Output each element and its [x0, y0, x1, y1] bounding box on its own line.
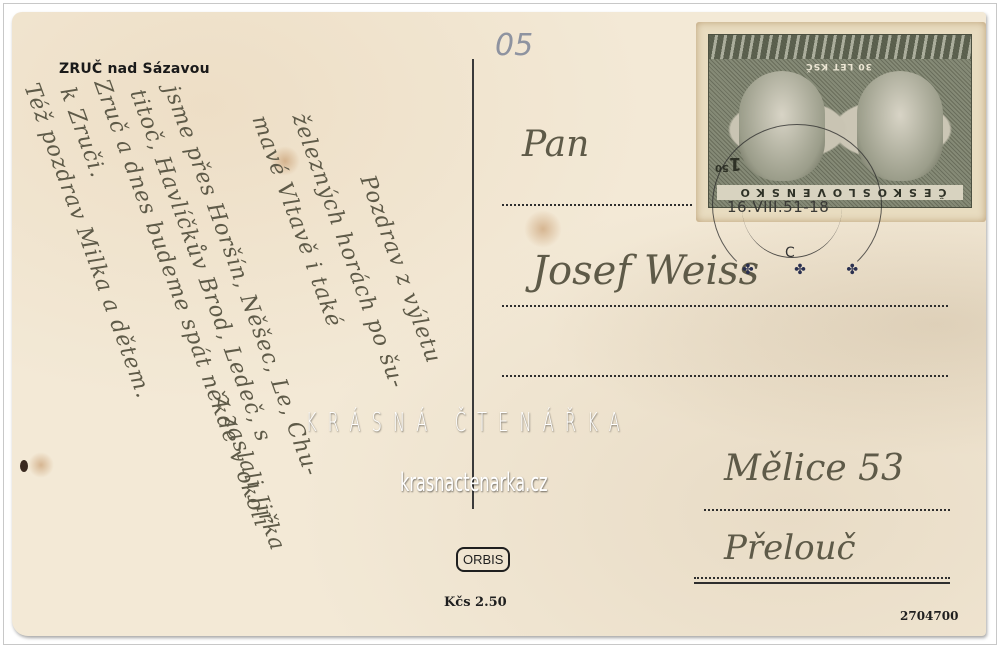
address-line-5 [694, 577, 950, 579]
postmark-date: 16.VIII.51-18 [727, 198, 829, 216]
card-divider [472, 59, 474, 509]
address-line-4 [704, 509, 950, 511]
address-underline [694, 582, 950, 584]
wreath-icon [709, 35, 971, 59]
price-label: Kčs 2.50 [444, 595, 507, 610]
postcard-back: ZRUČ nad Sázavou Též pozdrav Milka a dět… [12, 12, 986, 636]
serial-number: 2704700 [900, 609, 958, 623]
stain [524, 210, 562, 248]
address-salutation: Pan [522, 124, 589, 165]
address-line-1 [502, 204, 692, 206]
address-line-2 [502, 305, 948, 307]
place-title: ZRUČ nad Sázavou [59, 61, 210, 77]
postmark-letter: C [785, 245, 795, 261]
card-damage-spot [20, 460, 28, 472]
address-name: Josef Weiss [532, 248, 759, 294]
postmark-stars-icon: ✤ ✤ ✤ [742, 262, 876, 278]
watermark-url: krasnactenarka.cz [400, 468, 548, 498]
address-city: Přelouč [724, 528, 856, 568]
watermark-title: KRÁSNÁ ČTENÁŘKA [306, 408, 631, 438]
address-line-3 [502, 375, 948, 377]
stamp-caption: 30 LET KSČ [805, 61, 872, 71]
address-street: Mělice 53 [724, 448, 904, 489]
publisher-logo: ORBIS [456, 547, 510, 572]
pencil-note: 05 [495, 28, 533, 63]
stain [28, 452, 54, 478]
